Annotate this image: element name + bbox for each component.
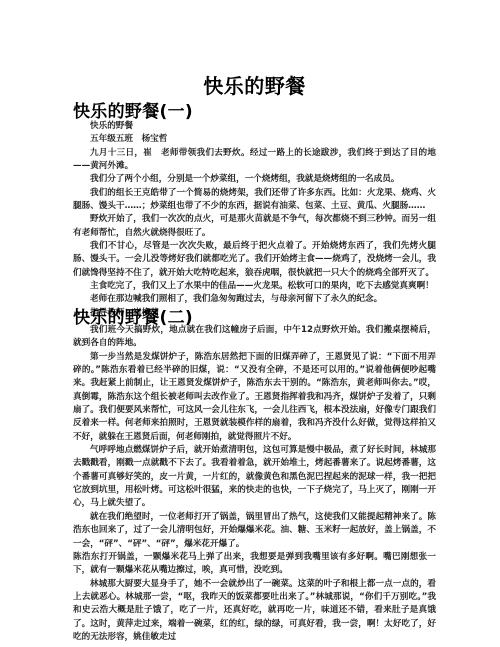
paragraph: 第一步当然是发煤饼炉子，陈浩东居然把下面的旧煤弄碎了，王恩贤见了说：“下面不用弄… xyxy=(73,351,436,444)
paragraph: 我们分了两个小组，分别是一个炒菜组，一个烧烤组，我就是烧烤组的一名成员。 xyxy=(73,173,436,186)
paragraph: 我们班今天搞野炊，地点就在我们这幢房子后面，中午12点野炊开始。我们搬桌摆椅后，… xyxy=(73,324,436,351)
paragraph: 我们的组长王克皓带了一个简易的烧烤架，我们还带了许多东西。比如：火龙果、烧鸡、火… xyxy=(73,187,436,214)
paragraph: 野炊开始了，我们一次次的点火，可是那火苗就是不争气，每次都烧不到三秒钟。而另一组… xyxy=(73,213,436,240)
paragraph: 气呼呼地点燃煤饼炉子后，就开始煮清明包，这包可算是慢中极品，煮了好长时间，林城那… xyxy=(73,444,436,511)
paragraph: 九月十三日，崔 老师带领我们去野炊。经过一路上的长途跋涉，我们终于到达了目的地—… xyxy=(73,147,436,174)
paragraph: 主食吃完了，我们又上了水果中的佳品——火龙果。松软可口的果肉，吃下去感觉真爽啊！ xyxy=(73,280,436,293)
section-2-body: 我们班今天搞野炊，地点就在我们这幢房子后面，中午12点野炊开始。我们搬桌摆椅后，… xyxy=(73,324,436,644)
paragraph: 就在我们绝望时，一位老师打开了锅盖，锅里冒出了热气，这使我们又能提起精神来了。陈… xyxy=(73,511,436,551)
paragraph: 陈浩东打开锅盖，一颗爆米花马上弹了出来，我想要是弹到我嘴里该有多好啊。嘴巴刚想张… xyxy=(73,551,436,578)
paragraph: 五年级五班 杨宝哲 xyxy=(73,133,436,146)
document-title: 快乐的野餐 xyxy=(73,70,436,99)
paragraph: 快乐的野餐 xyxy=(73,120,436,133)
section-1-body: 快乐的野餐 五年级五班 杨宝哲 九月十三日，崔 老师带领我们去野炊。经过一路上的… xyxy=(73,120,436,320)
paragraph: 林城那大厨要大显身手了，她不一会就炒出了一碗菜。这菜的叶子和根上都一点一点的，看… xyxy=(73,578,436,645)
section-heading-1: 快乐的野餐(一) xyxy=(73,97,193,122)
paragraph: 我们不甘心，尽管是一次次失败，最后终于把火点着了。开始烧烤东西了，我们先烤火腿肠… xyxy=(73,240,436,280)
